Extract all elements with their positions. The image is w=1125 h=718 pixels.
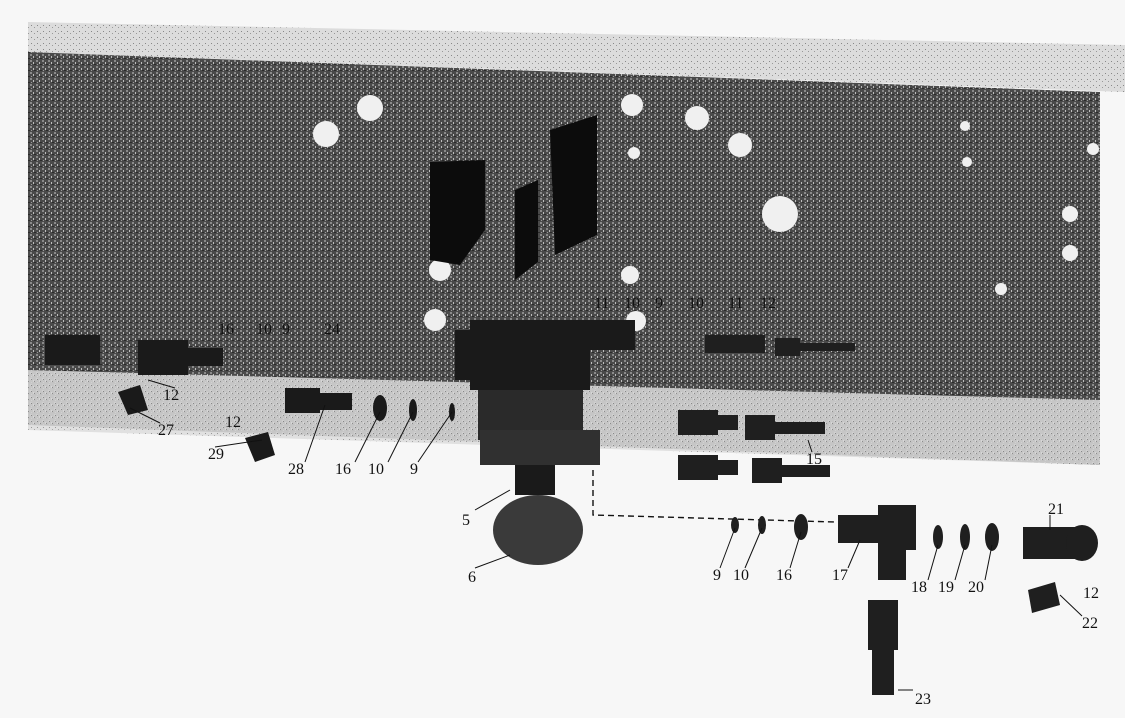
callout-20: 20	[968, 580, 984, 596]
callout-22: 22	[1082, 616, 1098, 632]
parts-diagram: 1227122928161091610924111091011121556910…	[0, 0, 1125, 718]
callout-16: 16	[218, 322, 234, 338]
callout-28: 28	[288, 462, 304, 478]
callout-12: 12	[760, 296, 776, 312]
callout-9: 9	[410, 462, 418, 478]
callout-12: 12	[1083, 586, 1099, 602]
callout-10: 10	[688, 296, 704, 312]
callout-10: 10	[368, 462, 384, 478]
callout-27: 27	[158, 423, 174, 439]
callout-19: 19	[938, 580, 954, 596]
callout-18: 18	[911, 580, 927, 596]
callout-9: 9	[713, 568, 721, 584]
callout-9: 9	[282, 322, 290, 338]
callout-10: 10	[256, 322, 272, 338]
callout-16: 16	[776, 568, 792, 584]
callout-16: 16	[335, 462, 351, 478]
callout-5: 5	[462, 513, 470, 529]
callout-10: 10	[624, 296, 640, 312]
callout-12: 12	[225, 415, 241, 431]
callout-17: 17	[832, 568, 848, 584]
callout-9: 9	[655, 296, 663, 312]
callout-6: 6	[468, 570, 476, 586]
lower-right-fittings	[731, 505, 1098, 695]
callout-21: 21	[1048, 502, 1064, 518]
callout-24: 24	[324, 322, 340, 338]
diagram-artwork	[0, 0, 1125, 718]
callout-10: 10	[733, 568, 749, 584]
callout-11: 11	[728, 296, 743, 312]
callout-29: 29	[208, 447, 224, 463]
callout-15: 15	[806, 452, 822, 468]
callout-11: 11	[594, 296, 609, 312]
callout-12: 12	[163, 388, 179, 404]
callout-23: 23	[915, 692, 931, 708]
